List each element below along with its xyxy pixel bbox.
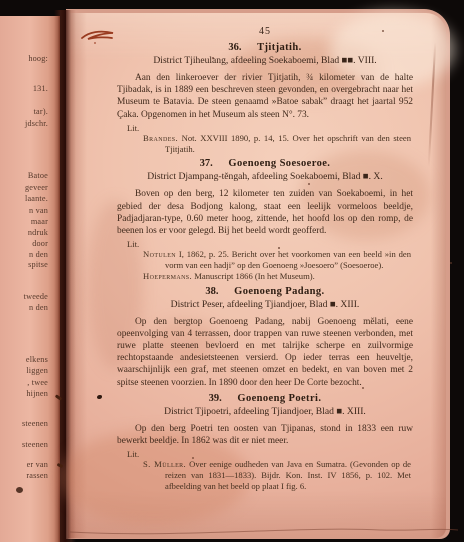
body-paragraph: Op den berg Poetri ten oosten van Tjipan… <box>117 423 413 447</box>
margin-fragment: n den <box>29 250 48 259</box>
margin-fragment: n den <box>29 303 48 312</box>
margin-fragment: hijnen <box>26 389 48 398</box>
margin-fragment: door <box>32 239 48 248</box>
section-number: 37. <box>200 158 213 169</box>
page-curl-line <box>70 522 460 540</box>
lit-author: Hoepermans. <box>143 271 192 281</box>
body-paragraph: Op den bergtop Goenoeng Padang, nabij Go… <box>117 316 413 389</box>
section-heading: 38. Goenoeng Padang. <box>117 286 413 297</box>
lit-entry: Notulen I, 1862, p. 25. Bericht over het… <box>165 249 413 271</box>
section-38: 38. Goenoeng Padang. District Peser, afd… <box>117 286 413 389</box>
section-title: Goenoeng Padang. <box>234 286 324 297</box>
margin-fragment: rassen <box>26 471 48 480</box>
lit-text: I, 1862, p. 25. Bericht over het voorkom… <box>165 249 411 270</box>
lit-text: Not. XXVIII 1890, p. 14, 15. Over het op… <box>165 133 411 154</box>
margin-fragment: tar). <box>34 107 48 116</box>
body-paragraph: Aan den linkeroever der rivier Tjitjatih… <box>117 72 413 121</box>
lit-entry: Hoepermans. Manuscript 1866 (In het Muse… <box>165 271 413 282</box>
lit-entry: Brandes. Not. XXVIII 1890, p. 14, 15. Ov… <box>165 133 413 155</box>
margin-fragment: tweede <box>24 292 48 301</box>
margin-fragment: steenen <box>22 419 48 428</box>
section-heading: 36. Tjitjatih. <box>117 42 413 53</box>
district-line: District Tjiheulang, afdeeling Soekaboem… <box>117 55 413 66</box>
section-title: Goenoeng Poetri. <box>237 393 321 404</box>
margin-fragment: geveer <box>25 183 48 192</box>
margin-fragment: hoog: <box>28 54 48 63</box>
district-line: District Tjipoetri, afdeeling Tjiandjoer… <box>117 406 413 417</box>
section-number: 39. <box>209 393 222 404</box>
margin-fragment: laante. <box>25 194 48 203</box>
ink-blot <box>16 487 23 493</box>
margin-fragment: liggen <box>26 366 48 375</box>
section-36: 36. Tjitjatih. District Tjiheulang, afde… <box>117 42 413 154</box>
lit-author: S. Müller. <box>143 459 186 469</box>
margin-fragment: maar <box>31 217 48 226</box>
lit-text: Manuscript 1866 (In het Museum). <box>194 271 315 281</box>
red-pen-mark-icon <box>80 29 116 45</box>
margin-fragment: steenen <box>22 440 48 449</box>
lit-label: Lit. <box>127 449 413 459</box>
margin-fragment: spitse <box>28 260 48 269</box>
section-number: 36. <box>228 42 241 53</box>
district-line: District Djampang-tĕngah, afdeeling Soek… <box>117 171 413 182</box>
book-scan: hoog: 131. tar). jdschr. Batoe geveer la… <box>0 0 464 542</box>
margin-fragment: ndruk <box>28 228 48 237</box>
lit-author: Brandes. <box>143 133 178 143</box>
margin-fragment: elkens <box>26 355 48 364</box>
section-39: 39. Goenoeng Poetri. District Tjipoetri,… <box>117 393 413 492</box>
lit-text: Over eenige oudheden van Java en Sumatra… <box>165 459 411 491</box>
margin-fragment: Batoe <box>28 171 48 180</box>
section-number: 38. <box>205 286 218 297</box>
margin-fragment: 131. <box>33 84 48 93</box>
margin-fragment: n van <box>29 206 48 215</box>
lit-label: Lit. <box>127 123 413 133</box>
district-line: District Peser, afdeeling Tjiandjoer, Bl… <box>117 299 413 310</box>
lit-entry: S. Müller. Over eenige oudheden van Java… <box>165 459 413 491</box>
lit-author: Notulen <box>143 249 176 259</box>
lit-label: Lit. <box>127 239 413 249</box>
section-title: Tjitjatih. <box>257 42 302 53</box>
margin-fragment: jdschr. <box>25 119 48 128</box>
section-heading: 39. Goenoeng Poetri. <box>117 393 413 404</box>
body-paragraph: Boven op den berg, 12 kilometer ten zuid… <box>117 188 413 237</box>
page-number: 45 <box>117 26 413 37</box>
section-heading: 37. Goenoeng Soesoeroe. <box>117 158 413 169</box>
page-content: 45 36. Tjitjatih. District Tjiheulang, a… <box>117 26 413 492</box>
facing-page-text-fragments: hoog: 131. tar). jdschr. Batoe geveer la… <box>0 0 52 542</box>
margin-fragment: , twee <box>27 378 48 387</box>
margin-fragment: er van <box>27 460 48 469</box>
section-title: Goenoeng Soesoeroe. <box>228 158 330 169</box>
section-37: 37. Goenoeng Soesoeroe. District Djampan… <box>117 158 413 281</box>
